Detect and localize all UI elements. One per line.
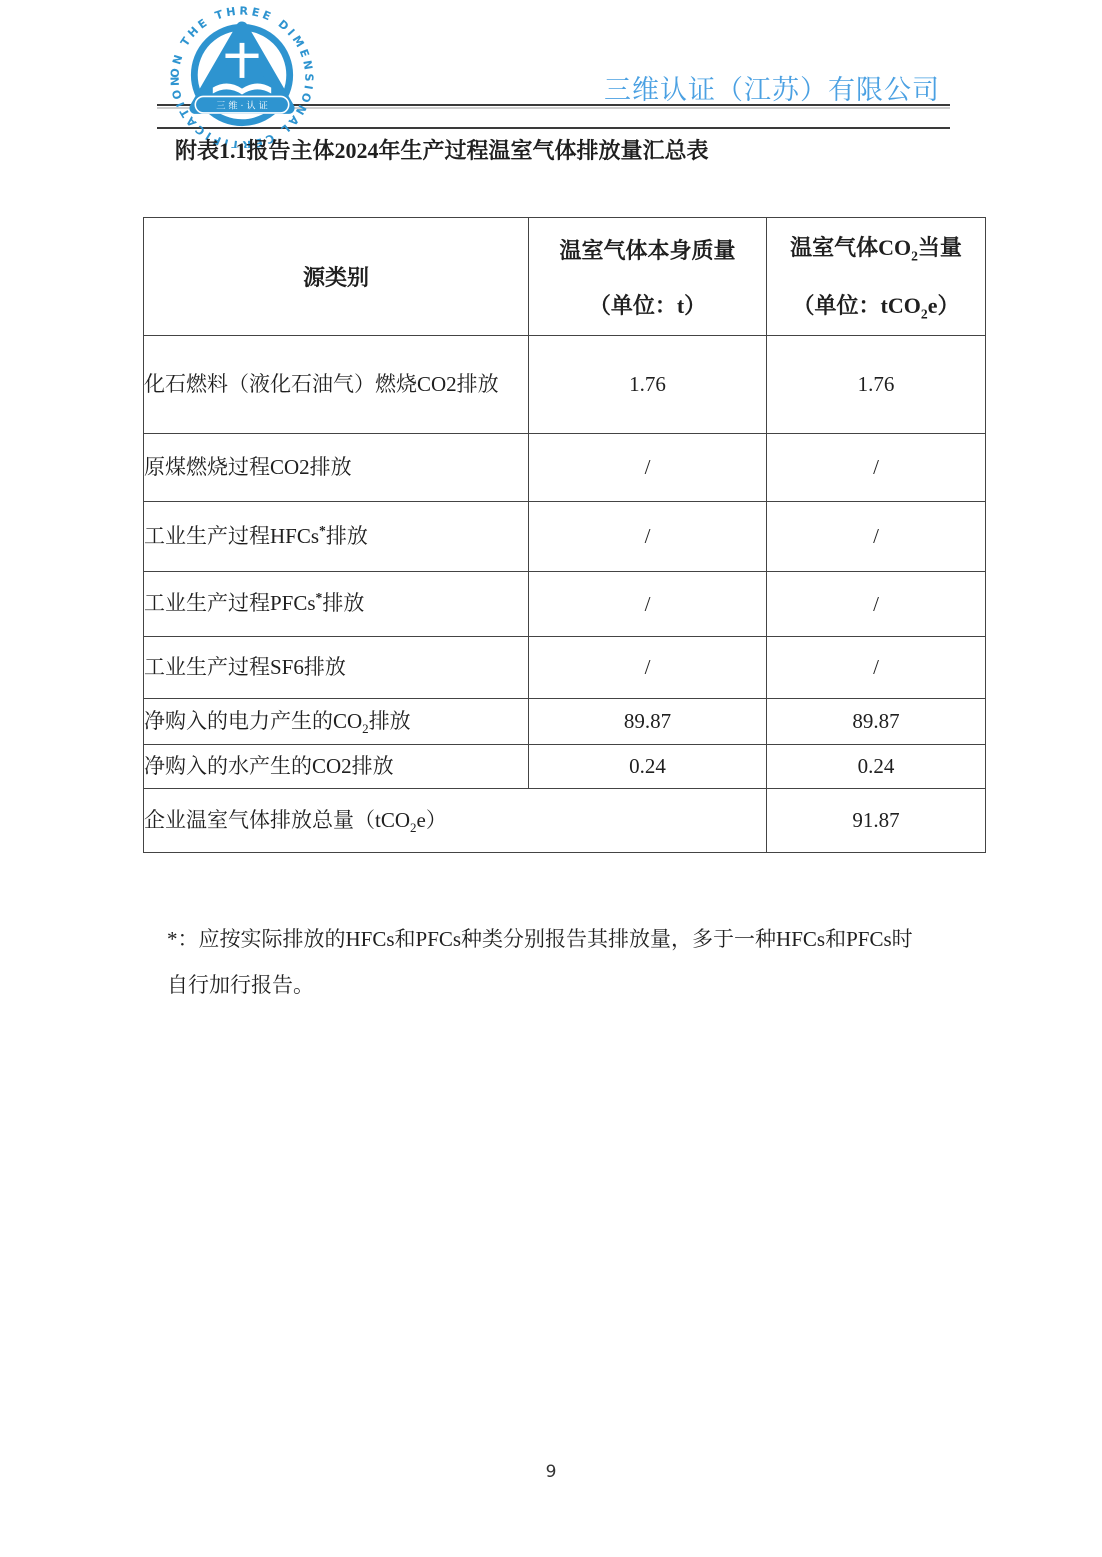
row-mass-value: 1.76 (529, 336, 767, 434)
row-co2e-value: / (767, 434, 986, 502)
col-header-co2e-line2: （单位：tCO2e） (767, 289, 985, 322)
logo-cross-horizontal (225, 54, 258, 58)
row-mass-value: / (529, 434, 767, 502)
row-co2e-value: 89.87 (767, 699, 986, 745)
emissions-summary-table: 源类别 温室气体本身质量 （单位：t） 温室气体CO2当量 （单位：tCO2e）… (143, 217, 986, 853)
row-mass-value: 89.87 (529, 699, 767, 745)
table-row-raw-coal: 原煤燃烧过程CO2排放 / / (144, 434, 986, 502)
page-number: 9 (0, 1462, 1102, 1482)
total-row-label: 企业温室气体排放总量（tCO2e） (144, 789, 767, 853)
row-label: 净购入的水产生的CO2排放 (144, 745, 529, 789)
col-header-source: 源类别 (144, 218, 529, 336)
table-row-pfcs: 工业生产过程PFCs*排放 / / (144, 572, 986, 637)
row-label: 化石燃料（液化石油气）燃烧CO2排放 (144, 336, 529, 434)
row-label: 工业生产过程SF6排放 (144, 637, 529, 699)
col-header-mass: 温室气体本身质量 （单位：t） (529, 218, 767, 336)
row-co2e-value: 1.76 (767, 336, 986, 434)
table-row-hfcs: 工业生产过程HFCs*排放 / / (144, 502, 986, 572)
row-mass-value: / (529, 502, 767, 572)
col-header-co2e: 温室气体CO2当量 （单位：tCO2e） (767, 218, 986, 336)
row-label: 工业生产过程HFCs*排放 (144, 502, 529, 572)
table-row-fossil-fuel: 化石燃料（液化石油气）燃烧CO2排放 1.76 1.76 (144, 336, 986, 434)
logo-cross-vertical (240, 43, 245, 78)
row-label: 工业生产过程PFCs*排放 (144, 572, 529, 637)
row-co2e-value: / (767, 502, 986, 572)
row-mass-value: 0.24 (529, 745, 767, 789)
row-mass-value: / (529, 637, 767, 699)
row-mass-value: / (529, 572, 767, 637)
table-header-row: 源类别 温室气体本身质量 （单位：t） 温室气体CO2当量 （单位：tCO2e） (144, 218, 986, 336)
logo-banner-text: 三 维 · 认 证 (216, 100, 268, 112)
footnote: *：应按实际排放的HFCs和PFCs种类分别报告其排放量，多于一种HFCs和PF… (167, 916, 913, 1008)
footnote-line1: *：应按实际排放的HFCs和PFCs种类分别报告其排放量，多于一种HFCs和PF… (167, 916, 913, 962)
col-header-mass-line1: 温室气体本身质量 (529, 234, 766, 265)
table-row-total: 企业温室气体排放总量（tCO2e） 91.87 (144, 789, 986, 853)
company-logo: ON THE THREE DIMENSIONAL CERTIFICATION 三… (166, 2, 318, 148)
table-row-sf6: 工业生产过程SF6排放 / / (144, 637, 986, 699)
row-co2e-value: / (767, 637, 986, 699)
footnote-line2: 自行加行报告。 (167, 962, 913, 1008)
company-name: 三维认证（江苏）有限公司 (604, 68, 940, 107)
row-label: 净购入的电力产生的CO2排放 (144, 699, 529, 745)
document-page: ON THE THREE DIMENSIONAL CERTIFICATION 三… (0, 0, 1102, 1557)
row-label: 原煤燃烧过程CO2排放 (144, 434, 529, 502)
total-co2e-value: 91.87 (767, 789, 986, 853)
report-title: 附表1.1报告主体2024年生产过程温室气体排放量汇总表 (175, 134, 709, 165)
table-row-purchased-water: 净购入的水产生的CO2排放 0.24 0.24 (144, 745, 986, 789)
table-row-purchased-electricity: 净购入的电力产生的CO2排放 89.87 89.87 (144, 699, 986, 745)
row-co2e-value: / (767, 572, 986, 637)
col-header-co2e-line1: 温室气体CO2当量 (767, 231, 985, 264)
col-header-mass-line2: （单位：t） (529, 289, 766, 320)
row-co2e-value: 0.24 (767, 745, 986, 789)
